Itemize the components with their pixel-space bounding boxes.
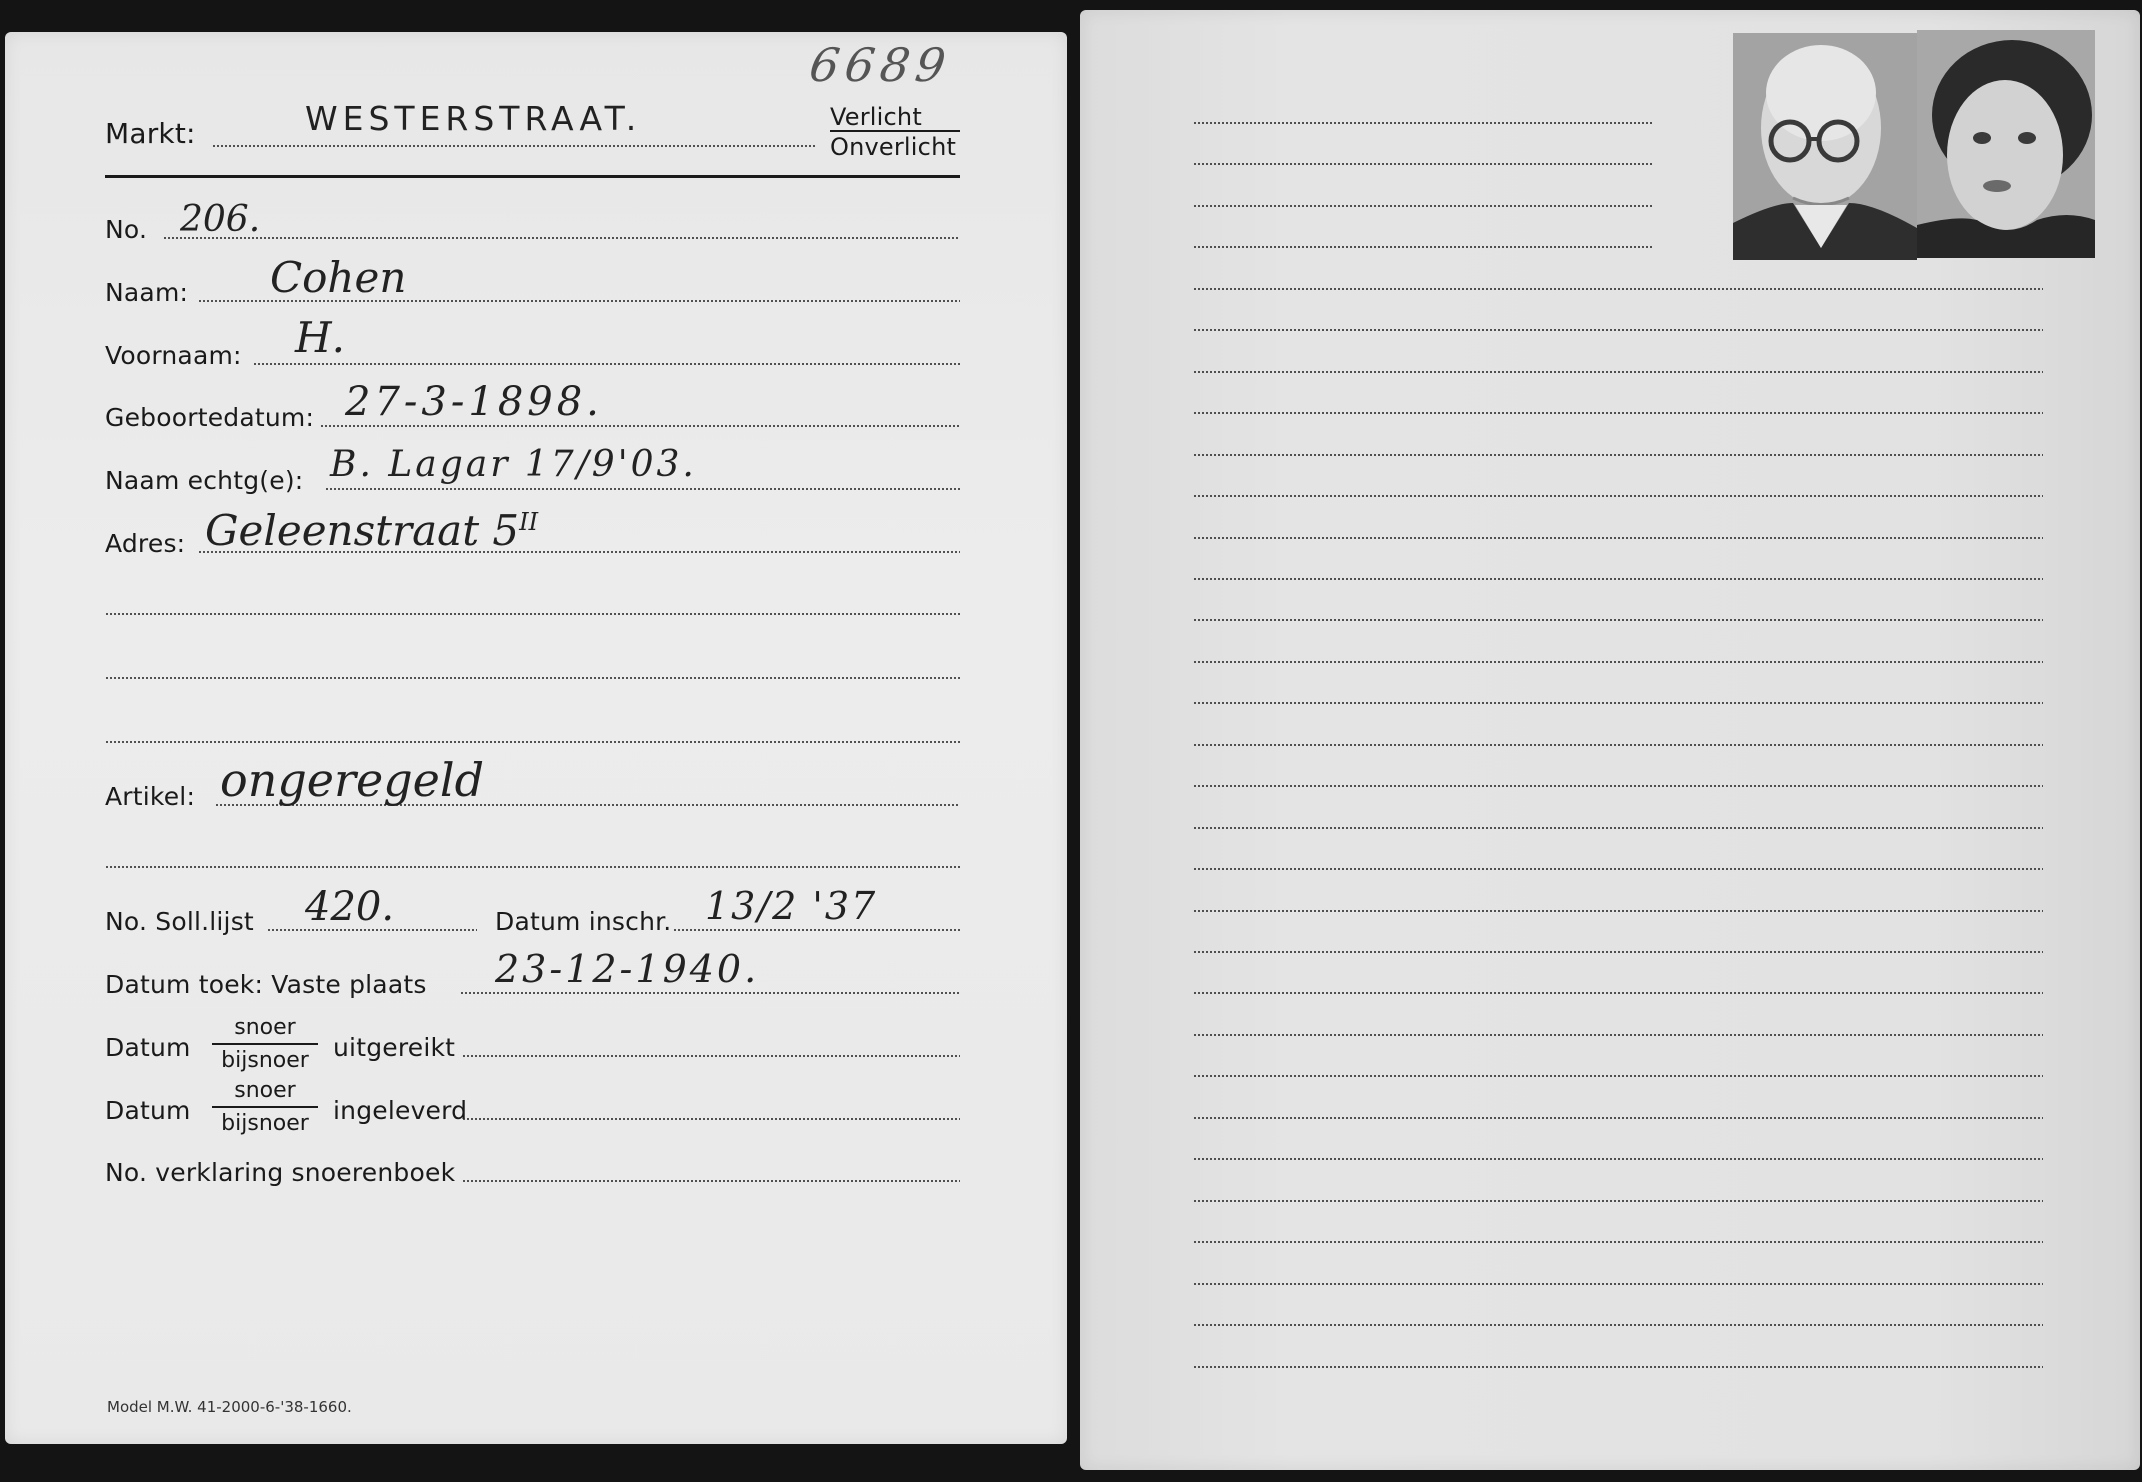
article-label: Artikel: <box>105 784 195 809</box>
ruled-line <box>1193 495 2043 497</box>
address-line-3 <box>105 677 960 679</box>
ruled-line <box>1193 992 2043 994</box>
header-rule <box>105 175 960 178</box>
spouse-value: B. Lagar 17/9'03. <box>330 447 697 483</box>
ruled-line <box>1193 163 1653 165</box>
ruled-line <box>1193 537 2043 539</box>
ruled-line <box>1193 785 2043 787</box>
ruled-line <box>1193 702 2043 704</box>
ruled-line <box>1193 951 2043 953</box>
fixed-place-label: Datum toek: Vaste plaats <box>105 972 427 997</box>
surname-value: Cohen <box>270 257 406 299</box>
address-floor: II <box>519 508 538 536</box>
form-model-footer: Model M.W. 41-2000-6-'38-1660. <box>107 1398 352 1416</box>
first-name-line <box>253 363 960 365</box>
frac-bar <box>212 1043 318 1045</box>
cord-issued-line <box>462 1055 960 1057</box>
address-street: Geleenstraat 5 <box>205 506 519 555</box>
address-line-4 <box>105 741 960 743</box>
no-label: No. <box>105 217 147 242</box>
ruled-line <box>1193 454 2043 456</box>
ruled-line <box>1193 122 1653 124</box>
cord-returned-line <box>462 1118 960 1120</box>
soll-list-label: No. Soll.lijst <box>105 909 254 934</box>
ruled-line <box>1193 1241 2043 1243</box>
ruled-line <box>1193 1366 2043 1368</box>
ruled-line <box>1193 1034 2043 1036</box>
ruled-line <box>1193 619 2043 621</box>
address-label: Adres: <box>105 531 185 556</box>
ruled-line <box>1193 827 2043 829</box>
no-value: 206. <box>180 202 260 238</box>
cord-book-label: No. verklaring snoerenboek <box>105 1160 455 1185</box>
frac-bottom: bijsnoer <box>212 1050 318 1072</box>
article-value: ongeregeld <box>220 757 484 803</box>
ruled-line <box>1193 744 2043 746</box>
ruled-line <box>1193 371 2043 373</box>
woman-portrait-icon <box>1917 30 2095 258</box>
cord-issued-fraction: snoer bijsnoer <box>212 1017 318 1072</box>
ruled-line <box>1193 205 1653 207</box>
address-value: Geleenstraat 5II <box>205 510 538 552</box>
lighting-unlit: Onverlicht <box>830 135 956 159</box>
market-value: WESTERSTRAAT. <box>305 102 641 135</box>
spouse-label: Naam echtg(e): <box>105 468 303 493</box>
photo-man <box>1733 33 1917 260</box>
first-name-value: H. <box>295 317 345 359</box>
photo-woman <box>1917 30 2095 258</box>
catalog-number: 6689 <box>807 42 955 88</box>
man-portrait-icon <box>1733 33 1917 260</box>
cord-book-line <box>462 1180 960 1182</box>
cord-returned-label: Datum <box>105 1098 191 1123</box>
cord-issued-label: Datum <box>105 1035 191 1060</box>
ruled-line <box>1193 412 2043 414</box>
surname-label: Naam: <box>105 280 188 305</box>
registration-date-label: Datum inschr. <box>495 909 671 934</box>
fixed-place-value: 23-12-1940. <box>495 950 759 988</box>
cord-issued-suffix: uitgereikt <box>333 1035 455 1060</box>
birth-date-label: Geboortedatum: <box>105 405 314 430</box>
ruled-line <box>1193 1075 2043 1077</box>
birth-date-value: 27-3-1898. <box>345 382 603 422</box>
market-line <box>212 145 817 147</box>
cord-returned-fraction: snoer bijsnoer <box>212 1080 318 1135</box>
registration-card-front: 6689 Markt: WESTERSTRAAT. Verlicht Onver… <box>5 32 1067 1444</box>
ruled-line <box>1193 910 2043 912</box>
registration-card-back <box>1080 10 2140 1470</box>
frac-bottom: bijsnoer <box>212 1113 318 1135</box>
ruled-line <box>1193 1324 2043 1326</box>
ruled-line <box>1193 1158 2043 1160</box>
cord-returned-suffix: ingeleverd <box>333 1098 467 1123</box>
birth-date-line <box>320 425 960 427</box>
ruled-line <box>1193 329 2043 331</box>
ruled-line <box>1193 868 2043 870</box>
spouse-line <box>325 488 960 490</box>
registration-date-line <box>673 929 960 931</box>
ruled-line <box>1193 1283 2043 1285</box>
frac-bar <box>212 1106 318 1108</box>
registration-date-value: 13/2 '37 <box>705 887 877 925</box>
lighting-lit: Verlicht <box>830 105 922 129</box>
frac-top: snoer <box>212 1080 318 1102</box>
no-line <box>163 237 960 239</box>
article-line-2 <box>105 866 960 868</box>
soll-list-value: 420. <box>305 887 394 927</box>
market-label: Markt: <box>105 120 196 148</box>
ruled-line <box>1193 288 2043 290</box>
first-name-label: Voornaam: <box>105 343 242 368</box>
ruled-line <box>1193 1117 2043 1119</box>
ruled-line <box>1193 661 2043 663</box>
fixed-place-line <box>460 992 960 994</box>
frac-top: snoer <box>212 1017 318 1039</box>
lighting-divider <box>830 130 960 132</box>
ruled-line <box>1193 578 2043 580</box>
address-line-2 <box>105 613 960 615</box>
ruled-line <box>1193 1200 2043 1202</box>
ruled-line <box>1193 246 1653 248</box>
